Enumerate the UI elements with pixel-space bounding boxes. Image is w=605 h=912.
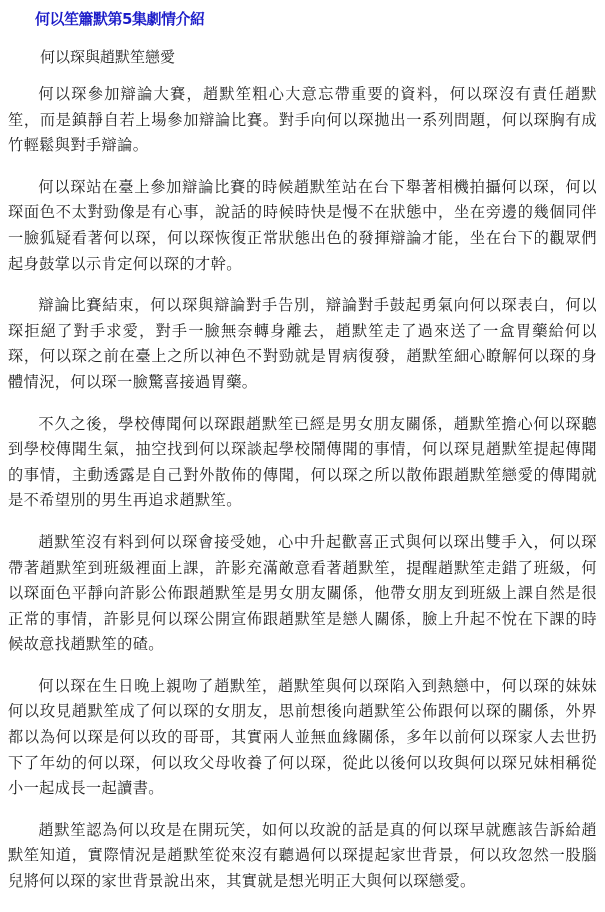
paragraph-4: 不久之後，學校傳聞何以琛跟趙默笙已經是男女朋友關係，趙默笙擔心何以琛聽到學校傳聞… [8,412,597,514]
paragraph-7: 趙默笙認為何以玫是在開玩笑，如何以玫說的話是真的何以琛早就應該告訴給趙默笙知道，… [8,818,597,895]
paragraph-2: 何以琛站在臺上參加辯論比賽的時候趙默笙站在台下舉著相機拍攝何以琛，何以琛面色不太… [8,175,597,277]
paragraph-5: 趙默笙沒有料到何以琛會接受她，心中升起歡喜正式與何以琛出雙手入，何以琛帶著趙默笙… [8,530,597,658]
article-subtitle: 何以琛與趙默笙戀愛 [8,46,597,68]
paragraph-3: 辯論比賽結束，何以琛與辯論對手告別，辯論對手鼓起勇氣向何以琛表白，何以琛拒絕了對… [8,293,597,395]
article-title: 何以笙簫默第5集劇情介紹 [8,0,597,30]
paragraph-6: 何以琛在生日晚上親吻了趙默笙，趙默笙與何以琛陷入到熱戀中，何以琛的妹妹何以玫見趙… [8,674,597,802]
article: 何以笙簫默第5集劇情介紹 何以琛與趙默笙戀愛 何以琛參加辯論大賽，趙默笙粗心大意… [0,0,605,895]
paragraph-1: 何以琛參加辯論大賽，趙默笙粗心大意忘帶重要的資料，何以琛沒有責任趙默笙，而是鎮靜… [8,82,597,159]
